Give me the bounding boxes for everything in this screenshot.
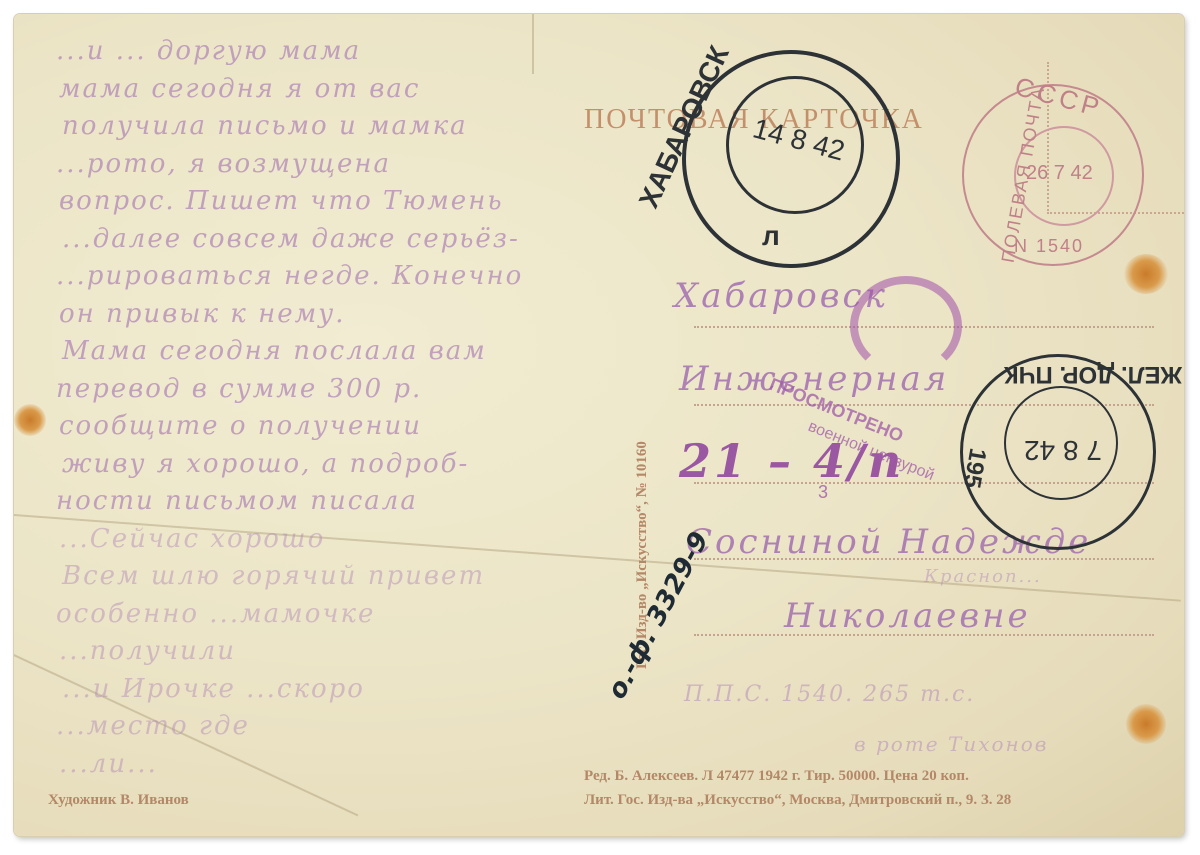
message-line: ...Сейчас хорошо	[59, 524, 325, 554]
postmark-railway-date: 7 8 42	[1024, 434, 1102, 466]
artist-credit: Художник В. Иванов	[48, 792, 189, 809]
message-line: ...место где	[56, 711, 250, 741]
imprint-line-2: Лит. Гос. Изд-ва „Искусство“, Москва, Дм…	[584, 792, 1011, 809]
postmark-railway-ring: ЖЕЛ. ДОР. ПЧК	[1004, 360, 1182, 388]
message-line: ...ли...	[59, 749, 158, 779]
message-line: ности письмом писала	[56, 486, 418, 516]
message-line: получила письмо и мамка	[62, 111, 468, 141]
message-line: ...далее совсем даже серьёз-	[62, 224, 520, 254]
message-line: ...получили	[59, 636, 236, 666]
postcard: ...и ... доргую мамамама сегодня я от ва…	[14, 14, 1184, 836]
return-address-2: в роте Тихонов	[854, 732, 1048, 756]
rust-stain	[1126, 704, 1166, 744]
archive-number: о.-ф. 3329-9	[602, 527, 715, 704]
message-line: мама сегодня я от вас	[59, 74, 420, 104]
message-line: сообщите о получении	[59, 411, 422, 441]
message-line: живу я хорошо, а подроб-	[62, 449, 469, 479]
message-line: Мама сегодня послала вам	[62, 336, 487, 366]
rust-stain	[1124, 254, 1168, 294]
message-line: вопрос. Пишет что Тюмень	[59, 186, 503, 216]
message-line: ...и Ирочке ...скоро	[62, 674, 365, 704]
censor-stamp-number: 3	[818, 482, 828, 503]
postmark-khabarovsk-letter: л	[762, 220, 780, 252]
paper-crease	[532, 14, 534, 74]
rust-stain	[14, 404, 46, 436]
imprint-line-1: Ред. Б. Алексеев. Л 47477 1942 г. Тир. 5…	[584, 768, 969, 785]
message-line: ...рироваться негде. Конечно	[56, 261, 523, 291]
message-line: ...рото, я возмущена	[56, 149, 391, 179]
message-line: перевод в сумме 300 р.	[56, 374, 422, 404]
address-sender-faint: Красноп...	[924, 566, 1042, 587]
postmark-field-post-number: N 1540	[1014, 236, 1084, 257]
return-address: П.П.С. 1540. 265 т.с.	[684, 682, 975, 707]
message-line: он привык к нему.	[59, 299, 345, 329]
message-line: особенно ...мамочке	[56, 599, 375, 629]
message-line: ...и ... доргую мама	[56, 36, 361, 66]
address-patronymic: Николаевне	[784, 596, 1031, 636]
postmark-field-post-date: 26 7 42	[1026, 162, 1093, 185]
message-line: Всем шлю горячий привет	[62, 561, 485, 591]
